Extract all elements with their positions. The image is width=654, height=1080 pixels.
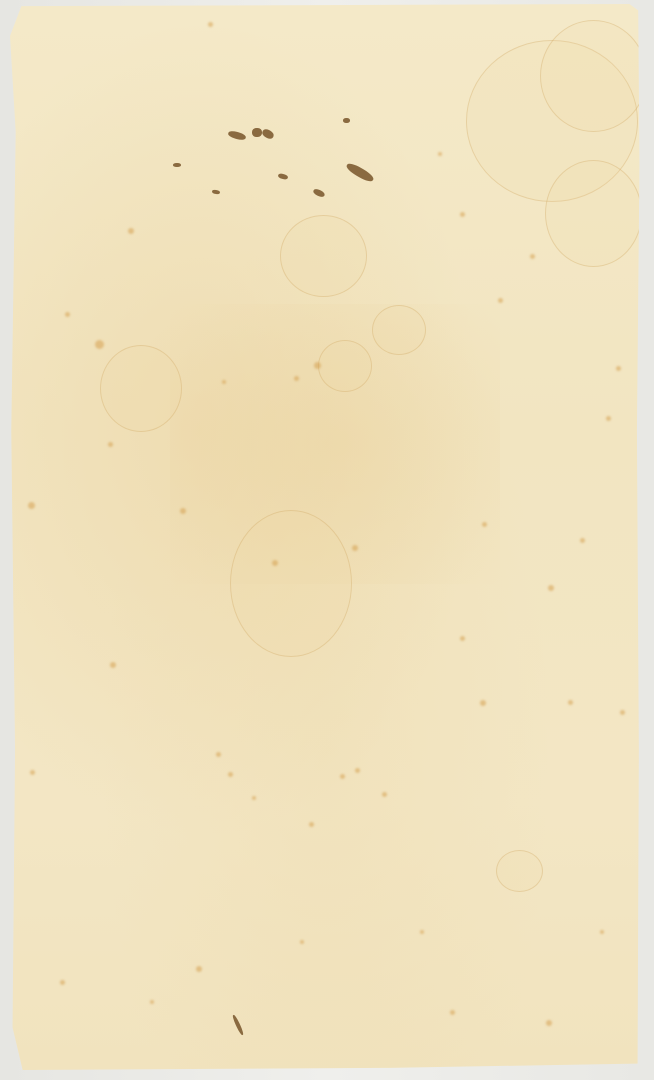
foxing-spot — [314, 362, 321, 369]
ink-smudge — [278, 173, 289, 180]
foxing-spot — [28, 502, 35, 509]
foxing-spot — [616, 366, 621, 371]
foxing-spot — [300, 940, 304, 944]
foxing-spot — [272, 560, 278, 566]
foxing-spot — [438, 152, 442, 156]
water-stain-ring — [545, 160, 642, 267]
foxing-spot — [309, 822, 314, 827]
foxing-spot — [196, 966, 202, 972]
foxing-spot — [222, 380, 226, 384]
foxing-spot — [382, 792, 387, 797]
foxing-spot — [65, 312, 70, 317]
foxing-spot — [252, 796, 256, 800]
foxing-spot — [128, 228, 134, 234]
ink-smudge — [212, 189, 221, 194]
foxing-spot — [110, 662, 116, 668]
water-stain-ring — [318, 340, 372, 392]
foxing-spot — [95, 340, 104, 349]
water-stain-ring — [540, 20, 647, 132]
water-stain-ring — [280, 215, 367, 297]
foxing-spot — [580, 538, 585, 543]
foxing-spot — [600, 930, 604, 934]
foxing-spot — [482, 522, 487, 527]
foxing-spot — [568, 700, 573, 705]
foxing-spot — [352, 545, 358, 551]
foxing-spot — [340, 774, 345, 779]
foxing-spot — [355, 768, 360, 773]
foxing-spot — [460, 212, 465, 217]
foxing-spot — [228, 772, 233, 777]
foxing-spot — [620, 710, 625, 715]
foxing-spot — [530, 254, 535, 259]
foxing-spot — [150, 1000, 154, 1004]
foxing-spot — [450, 1010, 455, 1015]
foxing-spot — [606, 416, 611, 421]
foxing-spot — [208, 22, 213, 27]
foxing-spot — [420, 930, 424, 934]
foxing-spot — [294, 376, 299, 381]
foxing-spot — [108, 442, 113, 447]
ink-smudge — [173, 163, 181, 167]
ink-smudge — [227, 130, 246, 141]
foxing-spot — [480, 700, 486, 706]
water-stain-ring — [372, 305, 426, 355]
foxing-spot — [548, 585, 554, 591]
ink-smudge — [312, 188, 325, 199]
foxing-spot — [60, 980, 65, 985]
foxing-spot — [546, 1020, 552, 1026]
water-stain-ring — [496, 850, 543, 892]
ink-smudge — [345, 161, 375, 184]
ink-smudge — [343, 118, 350, 123]
ink-smudge — [252, 128, 262, 137]
ink-smudge — [232, 1014, 245, 1036]
foxing-spot — [216, 752, 221, 757]
ink-smudge — [261, 128, 275, 141]
water-stain-ring — [100, 345, 182, 432]
foxing-spot — [460, 636, 465, 641]
aged-paper-sheet — [10, 4, 642, 1070]
foxing-spot — [180, 508, 186, 514]
foxing-spot — [30, 770, 35, 775]
water-stain-ring — [230, 510, 352, 657]
foxing-spot — [498, 298, 503, 303]
